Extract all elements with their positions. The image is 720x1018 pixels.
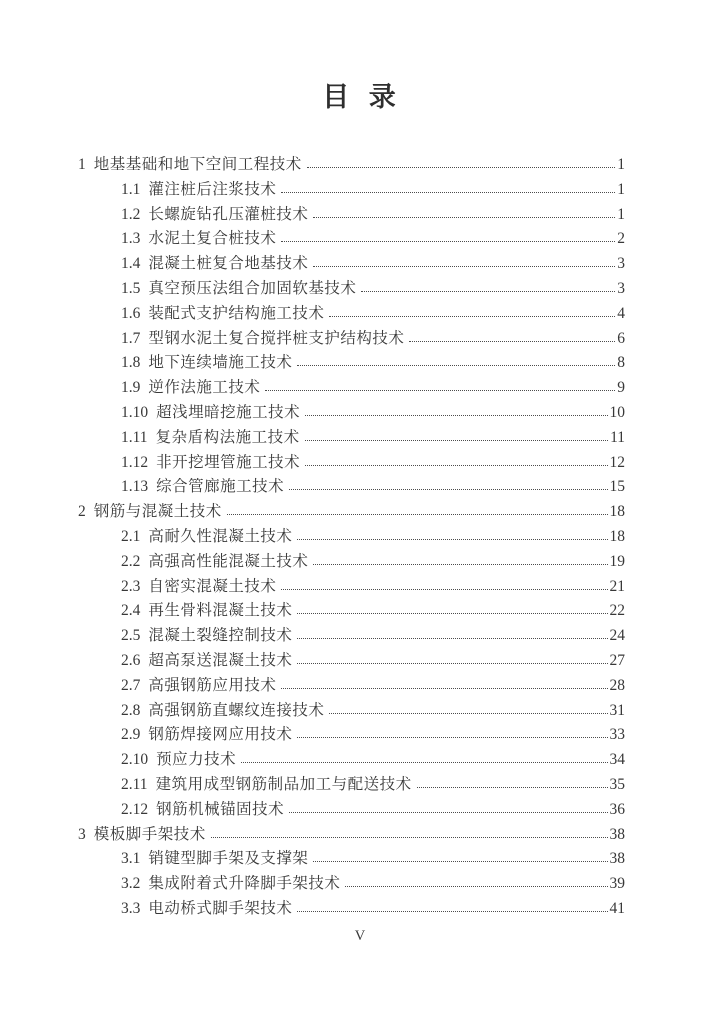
toc-entry-number: 1.4 xyxy=(121,252,140,277)
toc-entry-page: 38 xyxy=(610,847,626,872)
dotted-leader xyxy=(417,787,608,788)
toc-entry-page: 9 xyxy=(617,376,625,401)
dotted-leader xyxy=(211,837,608,838)
dotted-leader xyxy=(297,539,607,540)
toc-entry-title: 模板脚手架技术 xyxy=(94,823,206,848)
toc-entry-title: 非开挖埋管施工技术 xyxy=(156,451,300,476)
page-number-footer: V xyxy=(0,926,720,946)
dotted-leader xyxy=(313,564,607,565)
toc-entry: 2 钢筋与混凝土技术 18 xyxy=(0,500,720,525)
dotted-leader xyxy=(313,861,607,862)
toc-entry-page: 10 xyxy=(610,401,626,426)
toc-entry-page: 1 xyxy=(617,178,625,203)
dotted-leader xyxy=(329,316,615,317)
toc-entry-page: 33 xyxy=(610,723,626,748)
toc-entry-number: 2.5 xyxy=(121,624,140,649)
toc-entry-title: 自密实混凝土技术 xyxy=(148,575,276,600)
toc-entry-page: 18 xyxy=(610,525,626,550)
toc-entry-number: 2.6 xyxy=(121,649,140,674)
toc-entry-number: 1.8 xyxy=(121,351,140,376)
dotted-leader xyxy=(297,613,607,614)
toc-entry-number: 3.3 xyxy=(121,897,140,922)
toc-entry: 1.9 逆作法施工技术 9 xyxy=(0,376,720,401)
dotted-leader xyxy=(305,415,607,416)
toc-entry: 3.3 电动桥式脚手架技术 41 xyxy=(0,897,720,922)
toc-entry: 1 地基基础和地下空间工程技术 1 xyxy=(0,153,720,178)
toc-entry-page: 8 xyxy=(617,351,625,376)
toc-entry-title: 销键型脚手架及支撑架 xyxy=(148,847,308,872)
toc-entry-page: 3 xyxy=(617,277,625,302)
toc-entry: 1.10 超浅埋暗挖施工技术 10 xyxy=(0,401,720,426)
toc-entry: 1.6 装配式支护结构施工技术 4 xyxy=(0,302,720,327)
toc-entry-number: 1 xyxy=(78,153,86,178)
toc-entry-number: 2.2 xyxy=(121,550,140,575)
toc-entry: 2.2 高强高性能混凝土技术 19 xyxy=(0,550,720,575)
toc-entry-page: 41 xyxy=(610,897,626,922)
toc-entry-number: 2.1 xyxy=(121,525,140,550)
toc-entry-title: 灌注桩后注浆技术 xyxy=(148,178,276,203)
dotted-leader xyxy=(281,589,607,590)
dotted-leader xyxy=(313,217,615,218)
page-title: 目 录 xyxy=(0,0,720,112)
toc-entry-number: 1.5 xyxy=(121,277,140,302)
dotted-leader xyxy=(307,167,615,168)
toc-entry-page: 4 xyxy=(617,302,625,327)
toc-entry-number: 2.7 xyxy=(121,674,140,699)
dotted-leader xyxy=(409,341,615,342)
dotted-leader xyxy=(227,514,608,515)
toc-entry-title: 长螺旋钻孔压灌桩技术 xyxy=(148,203,308,228)
toc-entry-title: 高强钢筋应用技术 xyxy=(148,674,276,699)
toc-entry-page: 6 xyxy=(617,327,625,352)
toc-entry: 1.3 水泥土复合桩技术 2 xyxy=(0,227,720,252)
toc-entry-number: 2.11 xyxy=(121,773,148,798)
dotted-leader xyxy=(329,713,607,714)
toc-entry-page: 31 xyxy=(610,699,626,724)
toc-entry: 2.6 超高泵送混凝土技术 27 xyxy=(0,649,720,674)
toc-entry-number: 1.11 xyxy=(121,426,148,451)
toc-entry-title: 逆作法施工技术 xyxy=(148,376,260,401)
dotted-leader xyxy=(313,266,615,267)
dotted-leader xyxy=(281,688,607,689)
toc-entry-number: 3.2 xyxy=(121,872,140,897)
toc-entry-title: 高耐久性混凝土技术 xyxy=(148,525,292,550)
toc-entry: 1.2 长螺旋钻孔压灌桩技术 1 xyxy=(0,203,720,228)
toc-entry-title: 真空预压法组合加固软基技术 xyxy=(148,277,356,302)
toc-entry: 2.10 预应力技术 34 xyxy=(0,748,720,773)
toc-entry-page: 15 xyxy=(610,475,626,500)
toc-entry-page: 36 xyxy=(610,798,626,823)
toc-entry-page: 12 xyxy=(610,451,626,476)
toc-entry-page: 27 xyxy=(610,649,626,674)
toc-entry-page: 35 xyxy=(610,773,626,798)
toc-entry-number: 2.9 xyxy=(121,723,140,748)
toc-entry-title: 混凝土裂缝控制技术 xyxy=(148,624,292,649)
toc-entry-number: 1.2 xyxy=(121,203,140,228)
toc-entry-title: 综合管廊施工技术 xyxy=(156,475,284,500)
dotted-leader xyxy=(265,390,615,391)
document-page: 目 录 1 地基基础和地下空间工程技术 1 1.1 灌注桩后注浆技术 1 1.2… xyxy=(0,0,720,1018)
toc-entry-title: 混凝土桩复合地基技术 xyxy=(148,252,308,277)
toc-entry: 2.1 高耐久性混凝土技术 18 xyxy=(0,525,720,550)
toc-entry-number: 1.12 xyxy=(121,451,148,476)
toc-entry-title: 高强钢筋直螺纹连接技术 xyxy=(148,699,324,724)
toc-entry-number: 1.6 xyxy=(121,302,140,327)
toc-entry-number: 2.8 xyxy=(121,699,140,724)
toc-entry-page: 34 xyxy=(610,748,626,773)
toc-list: 1 地基基础和地下空间工程技术 1 1.1 灌注桩后注浆技术 1 1.2 长螺旋… xyxy=(0,153,720,922)
dotted-leader xyxy=(289,489,607,490)
toc-entry-number: 1.13 xyxy=(121,475,148,500)
toc-entry-number: 1.9 xyxy=(121,376,140,401)
dotted-leader xyxy=(281,241,615,242)
toc-entry: 2.9 钢筋焊接网应用技术 33 xyxy=(0,723,720,748)
dotted-leader xyxy=(305,440,608,441)
toc-entry-title: 复杂盾构法施工技术 xyxy=(156,426,300,451)
dotted-leader xyxy=(297,638,607,639)
toc-entry: 1.13 综合管廊施工技术 15 xyxy=(0,475,720,500)
toc-entry-page: 11 xyxy=(610,426,625,451)
toc-entry-title: 再生骨料混凝土技术 xyxy=(148,599,292,624)
toc-entry: 1.1 灌注桩后注浆技术 1 xyxy=(0,178,720,203)
toc-entry-page: 38 xyxy=(610,823,626,848)
toc-entry-number: 2 xyxy=(78,500,86,525)
dotted-leader xyxy=(281,192,615,193)
toc-entry: 2.5 混凝土裂缝控制技术 24 xyxy=(0,624,720,649)
toc-entry: 2.3 自密实混凝土技术 21 xyxy=(0,575,720,600)
toc-entry: 1.5 真空预压法组合加固软基技术 3 xyxy=(0,277,720,302)
toc-entry-title: 建筑用成型钢筋制品加工与配送技术 xyxy=(156,773,412,798)
toc-entry-number: 2.10 xyxy=(121,748,148,773)
toc-entry-title: 电动桥式脚手架技术 xyxy=(148,897,292,922)
toc-entry: 1.7 型钢水泥土复合搅拌桩支护结构技术 6 xyxy=(0,327,720,352)
dotted-leader xyxy=(345,886,607,887)
toc-entry: 2.12 钢筋机械锚固技术 36 xyxy=(0,798,720,823)
dotted-leader xyxy=(297,737,607,738)
toc-entry-page: 1 xyxy=(617,203,625,228)
toc-entry-number: 3.1 xyxy=(121,847,140,872)
toc-entry-title: 地基基础和地下空间工程技术 xyxy=(94,153,302,178)
toc-entry-title: 集成附着式升降脚手架技术 xyxy=(148,872,340,897)
toc-entry-page: 19 xyxy=(610,550,626,575)
toc-entry-page: 39 xyxy=(610,872,626,897)
toc-entry-number: 3 xyxy=(78,823,86,848)
dotted-leader xyxy=(305,465,607,466)
toc-entry-page: 3 xyxy=(617,252,625,277)
toc-entry-title: 型钢水泥土复合搅拌桩支护结构技术 xyxy=(148,327,404,352)
toc-entry: 1.11 复杂盾构法施工技术 11 xyxy=(0,426,720,451)
dotted-leader xyxy=(289,812,607,813)
toc-entry-number: 2.12 xyxy=(121,798,148,823)
dotted-leader xyxy=(297,911,607,912)
toc-entry-page: 2 xyxy=(617,227,625,252)
toc-entry-page: 22 xyxy=(610,599,626,624)
toc-entry-number: 1.3 xyxy=(121,227,140,252)
toc-entry-title: 钢筋焊接网应用技术 xyxy=(148,723,292,748)
toc-entry-title: 钢筋与混凝土技术 xyxy=(94,500,222,525)
toc-entry: 2.7 高强钢筋应用技术 28 xyxy=(0,674,720,699)
toc-entry-page: 24 xyxy=(610,624,626,649)
toc-entry-title: 水泥土复合桩技术 xyxy=(148,227,276,252)
toc-entry: 2.8 高强钢筋直螺纹连接技术 31 xyxy=(0,699,720,724)
toc-entry-page: 18 xyxy=(610,500,626,525)
toc-entry: 1.4 混凝土桩复合地基技术 3 xyxy=(0,252,720,277)
toc-entry-number: 2.4 xyxy=(121,599,140,624)
toc-entry-page: 1 xyxy=(617,153,625,178)
dotted-leader xyxy=(297,663,607,664)
toc-entry-title: 装配式支护结构施工技术 xyxy=(148,302,324,327)
toc-entry-page: 21 xyxy=(610,575,626,600)
toc-entry: 2.4 再生骨料混凝土技术 22 xyxy=(0,599,720,624)
dotted-leader xyxy=(241,762,607,763)
toc-entry-number: 1.10 xyxy=(121,401,148,426)
toc-entry-title: 高强高性能混凝土技术 xyxy=(148,550,308,575)
toc-entry: 3 模板脚手架技术 38 xyxy=(0,823,720,848)
dotted-leader xyxy=(297,365,615,366)
toc-entry-number: 1.7 xyxy=(121,327,140,352)
toc-entry-title: 预应力技术 xyxy=(156,748,236,773)
toc-entry: 1.8 地下连续墙施工技术 8 xyxy=(0,351,720,376)
toc-entry-title: 超浅埋暗挖施工技术 xyxy=(156,401,300,426)
toc-entry: 1.12 非开挖埋管施工技术 12 xyxy=(0,451,720,476)
toc-entry-number: 1.1 xyxy=(121,178,140,203)
toc-entry-title: 钢筋机械锚固技术 xyxy=(156,798,284,823)
toc-entry-title: 超高泵送混凝土技术 xyxy=(148,649,292,674)
toc-entry: 3.1 销键型脚手架及支撑架 38 xyxy=(0,847,720,872)
toc-entry: 2.11 建筑用成型钢筋制品加工与配送技术 35 xyxy=(0,773,720,798)
toc-entry-page: 28 xyxy=(610,674,626,699)
dotted-leader xyxy=(361,291,615,292)
toc-entry-number: 2.3 xyxy=(121,575,140,600)
toc-entry-title: 地下连续墙施工技术 xyxy=(148,351,292,376)
toc-entry: 3.2 集成附着式升降脚手架技术 39 xyxy=(0,872,720,897)
